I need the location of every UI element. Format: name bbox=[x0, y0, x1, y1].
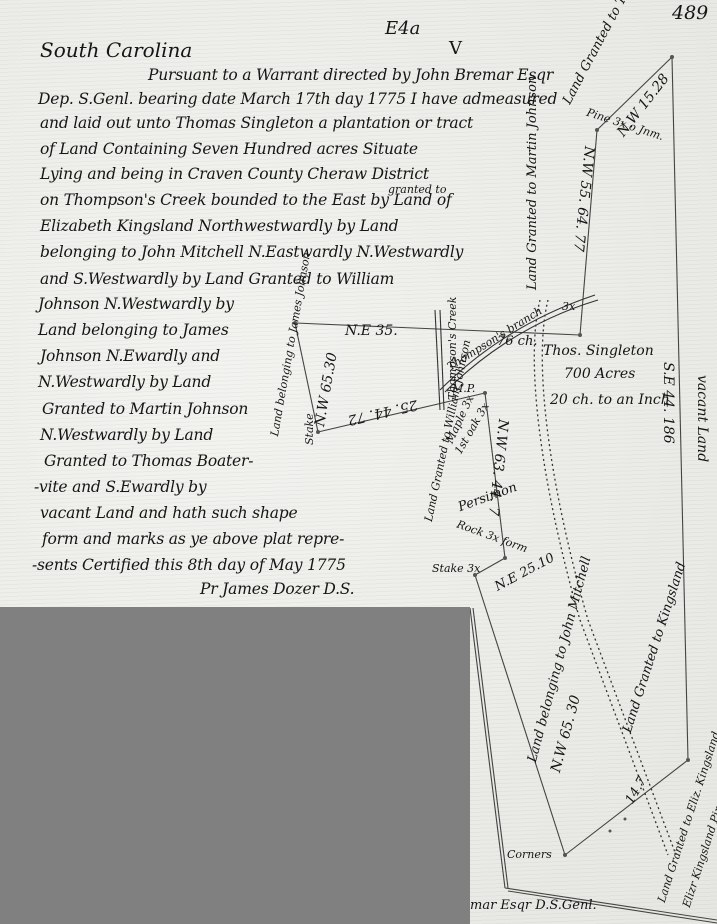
body-line-7: Elizabeth Kingsland Northwestwardly by L… bbox=[40, 217, 398, 235]
scale: 20 ch. to an Inch bbox=[550, 392, 670, 408]
body-line-16: Granted to Thomas Boater- bbox=[44, 452, 253, 470]
body-line-6: on Thompson's Creek bounded to the East … bbox=[40, 191, 452, 209]
body-line-5: Lying and being in Craven County Cheraw … bbox=[40, 165, 429, 183]
label-corner-76: 76 ch. bbox=[497, 334, 537, 349]
redacted-region bbox=[0, 607, 470, 924]
label-east-line: S.E 44. 186 bbox=[660, 362, 676, 444]
page-number: 489 bbox=[672, 2, 708, 24]
label-stake-lower: Stake 3x bbox=[432, 562, 480, 575]
body-line-11: Land belonging to James bbox=[38, 321, 229, 339]
body-line-9: and S.Westwardly by Land Granted to Will… bbox=[40, 270, 394, 288]
body-line-13: N.Westwardly by Land bbox=[38, 373, 211, 391]
archive-mark: E4a bbox=[385, 18, 420, 39]
acreage: 700 Acres bbox=[564, 366, 635, 382]
body-line-14: Granted to Martin Johnson bbox=[42, 400, 248, 418]
body-line-18: vacant Land and hath such shape bbox=[40, 504, 297, 522]
label-corner-3x: 3x bbox=[562, 300, 575, 313]
label-corners: Corners bbox=[507, 848, 552, 861]
body-line-1: Pursuant to a Warrant directed by John B… bbox=[148, 66, 553, 84]
body-line-10: Johnson N.Westwardly by bbox=[38, 295, 234, 313]
body-line-19: form and marks as ye above plat repre- bbox=[42, 530, 344, 548]
body-line-20: -sents Certified this 8th day of May 177… bbox=[32, 556, 346, 574]
label-line-ne35: N.E 35. bbox=[345, 323, 398, 339]
signature: Pr James Dozer D.S. bbox=[200, 580, 354, 598]
body-line-12: Johnson N.Ewardly and bbox=[40, 347, 220, 365]
state-heading: South Carolina bbox=[40, 38, 192, 62]
bottom-fragment: mar Esqr D.S.Genl. bbox=[470, 898, 597, 913]
label-vacant-land: vacant Land bbox=[694, 375, 710, 462]
body-line-8: belonging to John Mitchell N.Eastwardly … bbox=[40, 243, 463, 261]
check-mark: V bbox=[449, 38, 462, 59]
label-stake-upper: Stake bbox=[303, 413, 316, 445]
body-line-15: N.Westwardly by Land bbox=[40, 426, 213, 444]
owner-name: Thos. Singleton bbox=[543, 343, 654, 359]
body-line-3: and laid out unto Thomas Singleton a pla… bbox=[40, 114, 473, 132]
body-line-4: of Land Containing Seven Hundred acres S… bbox=[40, 140, 418, 158]
label-martin-johnson: Land Granted to Martin Johnson bbox=[525, 76, 540, 290]
body-line-2: Dep. S.Genl. bearing date March 17th day… bbox=[38, 90, 557, 108]
body-line-17: -vite and S.Ewardly by bbox=[34, 478, 206, 496]
